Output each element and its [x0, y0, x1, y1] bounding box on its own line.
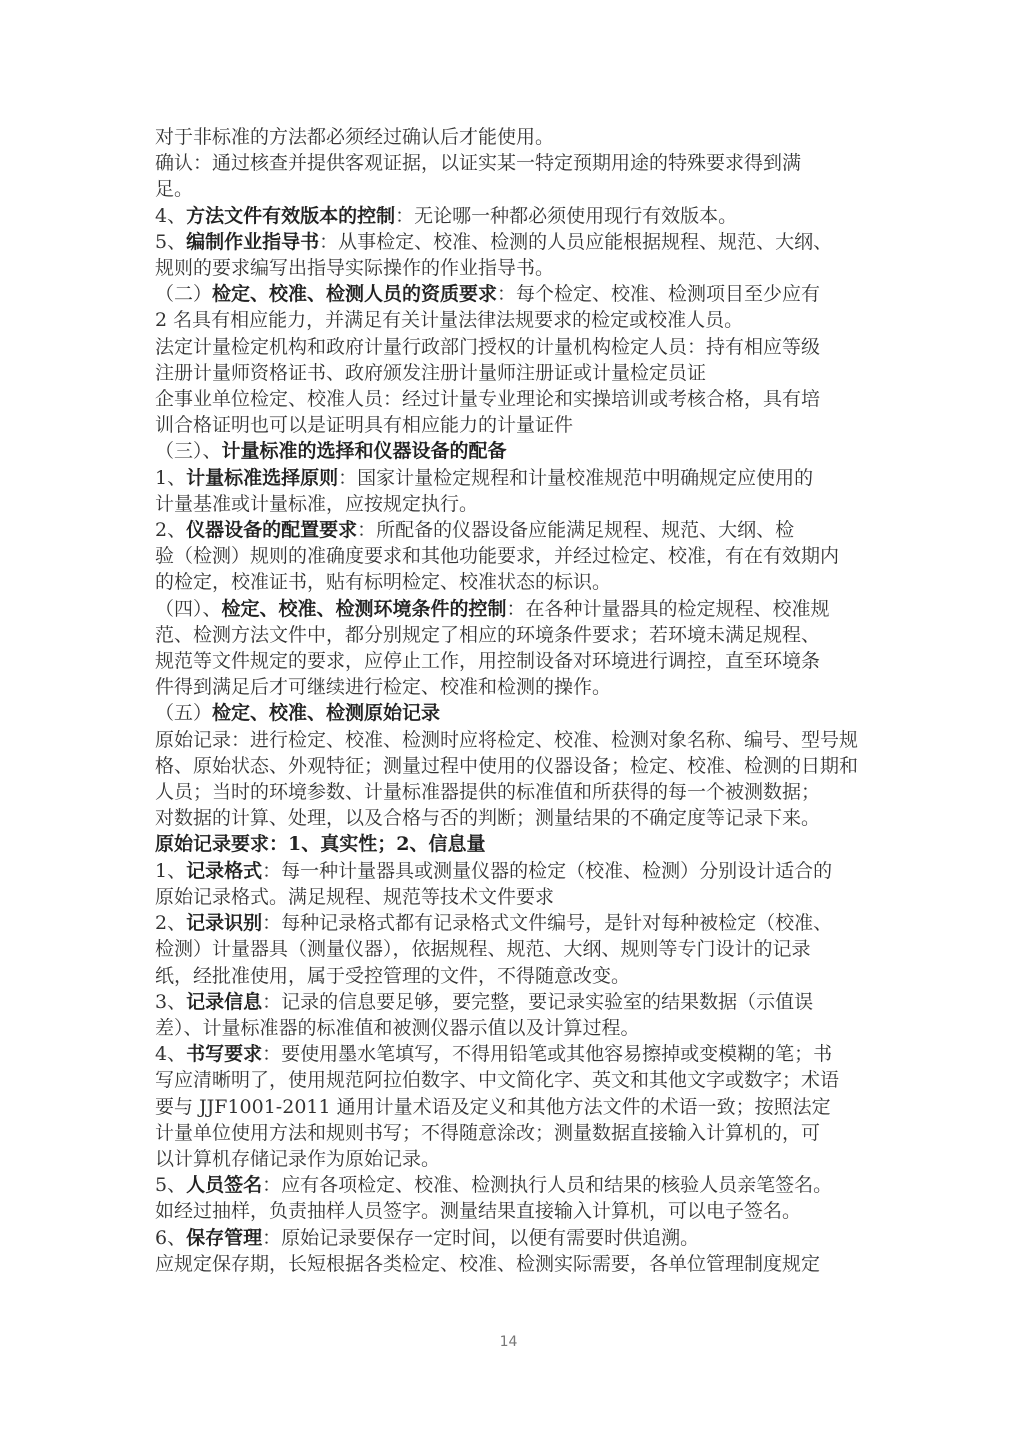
- bold-heading: 编制作业指导书: [186, 231, 319, 253]
- item-number: 4、: [155, 205, 186, 227]
- line-text: 差）、计量标准器的标准值和被测仪器示值以及计算过程。: [155, 1017, 640, 1039]
- bold-heading: 检定、校准、检测人员的资质要求: [212, 283, 497, 305]
- text-line: 的检定，校准证书，贴有标明检定、校准状态的标识。: [155, 569, 867, 595]
- line-text: 要与 JJF1001-2011 通用计量术语及定义和其他方法文件的术语一致；按照…: [155, 1096, 831, 1118]
- text-line: 1、计量标准选择原则：国家计量检定规程和计量校准规范中明确规定应使用的: [155, 465, 867, 491]
- line-text: ：国家计量检定规程和计量校准规范中明确规定应使用的: [338, 467, 813, 489]
- item-number: （五）: [155, 702, 212, 724]
- line-text: 注册计量师资格证书、政府颁发注册计量师注册证或计量检定员证: [155, 362, 706, 384]
- line-text: ：原始记录要保存一定时间，以便有需要时供追溯。: [262, 1227, 699, 1249]
- document-body: 对于非标准的方法都必须经过确认后才能使用。确认：通过核查并提供客观证据，以证实某…: [155, 124, 867, 1277]
- line-text: 原始记录：进行检定、校准、检测时应将检定、校准、检测对象名称、编号、型号规: [155, 729, 858, 751]
- line-text: 如经过抽样，负责抽样人员签字。测量结果直接输入计算机，可以电子签名。: [155, 1200, 801, 1222]
- bold-heading: 仪器设备的配置要求: [186, 519, 357, 541]
- bold-heading: 记录识别: [186, 912, 262, 934]
- text-line: 2、仪器设备的配置要求：所配备的仪器设备应能满足规程、规范、大纲、检: [155, 517, 867, 543]
- text-line: 5、人员签名：应有各项检定、校准、检测执行人员和结果的核验人员亲笔签名。: [155, 1172, 867, 1198]
- text-line: （四）、检定、校准、检测环境条件的控制：在各种计量器具的检定规程、校准规: [155, 596, 867, 622]
- line-text: 足。: [155, 178, 193, 200]
- line-text: 确认：通过核查并提供客观证据，以证实某一特定预期用途的特殊要求得到满: [155, 152, 801, 174]
- text-line: 规则的要求编写出指导实际操作的作业指导书。: [155, 255, 867, 281]
- line-text: ：记录的信息要足够，要完整，要记录实验室的结果数据（示值误: [262, 991, 813, 1013]
- text-line: 2 名具有相应能力，并满足有关计量法律法规要求的检定或校准人员。: [155, 307, 867, 333]
- line-text: ：应有各项检定、校准、检测执行人员和结果的核验人员亲笔签名。: [262, 1174, 832, 1196]
- text-line: 以计算机存储记录作为原始记录。: [155, 1146, 867, 1172]
- item-number: 6、: [155, 1227, 186, 1249]
- line-text: 规范等文件规定的要求，应停止工作，用控制设备对环境进行调控，直至环境条: [155, 650, 820, 672]
- line-text: 验（检测）规则的准确度要求和其他功能要求，并经过检定、校准，有在有效期内: [155, 545, 839, 567]
- text-line: （三）、计量标准的选择和仪器设备的配备: [155, 438, 867, 464]
- text-line: 规范等文件规定的要求，应停止工作，用控制设备对环境进行调控，直至环境条: [155, 648, 867, 674]
- text-line: 6、保存管理：原始记录要保存一定时间，以便有需要时供追溯。: [155, 1225, 867, 1251]
- text-line: 原始记录格式。满足规程、规范等技术文件要求: [155, 884, 867, 910]
- text-line: 人员；当时的环境参数、计量标准器提供的标准值和所获得的每一个被测数据；: [155, 779, 867, 805]
- line-text: 规则的要求编写出指导实际操作的作业指导书。: [155, 257, 554, 279]
- line-text: 以计算机存储记录作为原始记录。: [155, 1148, 440, 1170]
- line-text: 对于非标准的方法都必须经过确认后才能使用。: [155, 126, 554, 148]
- text-line: 对于非标准的方法都必须经过确认后才能使用。: [155, 124, 867, 150]
- line-text: 件得到满足后才可继续进行检定、校准和检测的操作。: [155, 676, 611, 698]
- text-line: 检测）计量器具（测量仪器），依据规程、规范、大纲、规则等专门设计的记录: [155, 936, 867, 962]
- item-number: 2、: [155, 519, 186, 541]
- line-text: ：从事检定、校准、检测的人员应能根据规程、规范、大纲、: [319, 231, 832, 253]
- bold-heading: 检定、校准、检测环境条件的控制: [222, 598, 507, 620]
- line-text: ：所配备的仪器设备应能满足规程、规范、大纲、检: [357, 519, 794, 541]
- line-text: 范、检测方法文件中，都分别规定了相应的环境条件要求；若环境未满足规程、: [155, 624, 820, 646]
- item-number: 1、: [155, 467, 186, 489]
- text-line: 足。: [155, 176, 867, 202]
- item-number: 1、: [155, 860, 186, 882]
- bold-heading: 检定、校准、检测原始记录: [212, 702, 440, 724]
- page-number: 14: [0, 1334, 1017, 1350]
- line-text: ：在各种计量器具的检定规程、校准规: [507, 598, 830, 620]
- line-text: 写应清晰明了，使用规范阿拉伯数字、中文简化字、英文和其他文字或数字；术语: [155, 1069, 839, 1091]
- line-text: 的检定，校准证书，贴有标明检定、校准状态的标识。: [155, 571, 611, 593]
- item-number: （三）、: [155, 440, 222, 462]
- line-text: 计量单位使用方法和规则书写；不得随意涂改；测量数据直接输入计算机的，可: [155, 1122, 820, 1144]
- bold-heading: 方法文件有效版本的控制: [186, 205, 395, 227]
- line-text: 法定计量检定机构和政府计量行政部门授权的计量机构检定人员：持有相应等级: [155, 336, 820, 358]
- line-text: 训合格证明也可以是证明具有相应能力的计量证件: [155, 414, 573, 436]
- text-line: 件得到满足后才可继续进行检定、校准和检测的操作。: [155, 674, 867, 700]
- text-line: 2、记录识别：每种记录格式都有记录格式文件编号，是针对每种被检定（校准、: [155, 910, 867, 936]
- text-line: 确认：通过核查并提供客观证据，以证实某一特定预期用途的特殊要求得到满: [155, 150, 867, 176]
- line-text: 应规定保存期，长短根据各类检定、校准、检测实际需要，各单位管理制度规定: [155, 1253, 820, 1275]
- line-text: 原始记录格式。满足规程、规范等技术文件要求: [155, 886, 554, 908]
- item-number: 2、: [155, 912, 186, 934]
- bold-heading: 计量标准选择原则: [186, 467, 338, 489]
- line-text: 检测）计量器具（测量仪器），依据规程、规范、大纲、规则等专门设计的记录: [155, 938, 811, 960]
- line-text: 企事业单位检定、校准人员：经过计量专业理论和实操培训或考核合格，具有培: [155, 388, 820, 410]
- text-line: 企事业单位检定、校准人员：经过计量专业理论和实操培训或考核合格，具有培: [155, 386, 867, 412]
- item-number: 5、: [155, 1174, 186, 1196]
- text-line: 应规定保存期，长短根据各类检定、校准、检测实际需要，各单位管理制度规定: [155, 1251, 867, 1277]
- line-text: 人员；当时的环境参数、计量标准器提供的标准值和所获得的每一个被测数据；: [155, 781, 820, 803]
- bold-heading: 记录信息: [186, 991, 262, 1013]
- text-line: 4、方法文件有效版本的控制：无论哪一种都必须使用现行有效版本。: [155, 203, 867, 229]
- text-line: 纸，经批准使用，属于受控管理的文件，不得随意改变。: [155, 963, 867, 989]
- text-line: 注册计量师资格证书、政府颁发注册计量师注册证或计量检定员证: [155, 360, 867, 386]
- bold-heading: 保存管理: [186, 1227, 262, 1249]
- text-line: 要与 JJF1001-2011 通用计量术语及定义和其他方法文件的术语一致；按照…: [155, 1094, 867, 1120]
- item-number: 5、: [155, 231, 186, 253]
- line-text: 纸，经批准使用，属于受控管理的文件，不得随意改变。: [155, 965, 630, 987]
- item-number: 4、: [155, 1043, 186, 1065]
- bold-heading: 记录格式: [186, 860, 262, 882]
- text-line: 训合格证明也可以是证明具有相应能力的计量证件: [155, 412, 867, 438]
- text-line: 原始记录：进行检定、校准、检测时应将检定、校准、检测对象名称、编号、型号规: [155, 727, 867, 753]
- text-line: 计量单位使用方法和规则书写；不得随意涂改；测量数据直接输入计算机的，可: [155, 1120, 867, 1146]
- text-line: 计量基准或计量标准，应按规定执行。: [155, 491, 867, 517]
- text-line: 原始记录要求：1、真实性；2、信息量: [155, 831, 867, 857]
- text-line: 1、记录格式：每一种计量器具或测量仪器的检定（校准、检测）分别设计适合的: [155, 858, 867, 884]
- text-line: 3、记录信息：记录的信息要足够，要完整，要记录实验室的结果数据（示值误: [155, 989, 867, 1015]
- item-number: （二）: [155, 283, 212, 305]
- line-text: ：无论哪一种都必须使用现行有效版本。: [395, 205, 737, 227]
- bold-heading: 书写要求: [186, 1043, 262, 1065]
- text-line: （五）检定、校准、检测原始记录: [155, 700, 867, 726]
- line-text: 计量基准或计量标准，应按规定执行。: [155, 493, 478, 515]
- text-line: 验（检测）规则的准确度要求和其他功能要求，并经过检定、校准，有在有效期内: [155, 543, 867, 569]
- line-text: 对数据的计算、处理，以及合格与否的判断；测量结果的不确定度等记录下来。: [155, 807, 820, 829]
- text-line: 4、书写要求：要使用墨水笔填写，不得用铅笔或其他容易擦掉或变模糊的笔；书: [155, 1041, 867, 1067]
- text-line: 法定计量检定机构和政府计量行政部门授权的计量机构检定人员：持有相应等级: [155, 334, 867, 360]
- text-line: 对数据的计算、处理，以及合格与否的判断；测量结果的不确定度等记录下来。: [155, 805, 867, 831]
- line-text: ：每种记录格式都有记录格式文件编号，是针对每种被检定（校准、: [262, 912, 832, 934]
- item-number: 3、: [155, 991, 186, 1013]
- text-line: 5、编制作业指导书：从事检定、校准、检测的人员应能根据规程、规范、大纲、: [155, 229, 867, 255]
- text-line: （二）检定、校准、检测人员的资质要求：每个检定、校准、检测项目至少应有: [155, 281, 867, 307]
- text-line: 格、原始状态、外观特征；测量过程中使用的仪器设备；检定、校准、检测的日期和: [155, 753, 867, 779]
- text-line: 差）、计量标准器的标准值和被测仪器示值以及计算过程。: [155, 1015, 867, 1041]
- text-line: 写应清晰明了，使用规范阿拉伯数字、中文简化字、英文和其他文字或数字；术语: [155, 1067, 867, 1093]
- line-text: ：要使用墨水笔填写，不得用铅笔或其他容易擦掉或变模糊的笔；书: [262, 1043, 832, 1065]
- line-text: ：每个检定、校准、检测项目至少应有: [497, 283, 820, 305]
- bold-heading: 人员签名: [186, 1174, 262, 1196]
- item-number: （四）、: [155, 598, 222, 620]
- bold-heading: 计量标准的选择和仪器设备的配备: [222, 440, 507, 462]
- line-text: 2 名具有相应能力，并满足有关计量法律法规要求的检定或校准人员。: [155, 309, 743, 331]
- text-line: 范、检测方法文件中，都分别规定了相应的环境条件要求；若环境未满足规程、: [155, 622, 867, 648]
- line-text: 格、原始状态、外观特征；测量过程中使用的仪器设备；检定、校准、检测的日期和: [155, 755, 858, 777]
- line-text: ：每一种计量器具或测量仪器的检定（校准、检测）分别设计适合的: [262, 860, 832, 882]
- bold-heading: 原始记录要求：1、真实性；2、信息量: [155, 833, 485, 855]
- text-line: 如经过抽样，负责抽样人员签字。测量结果直接输入计算机，可以电子签名。: [155, 1198, 867, 1224]
